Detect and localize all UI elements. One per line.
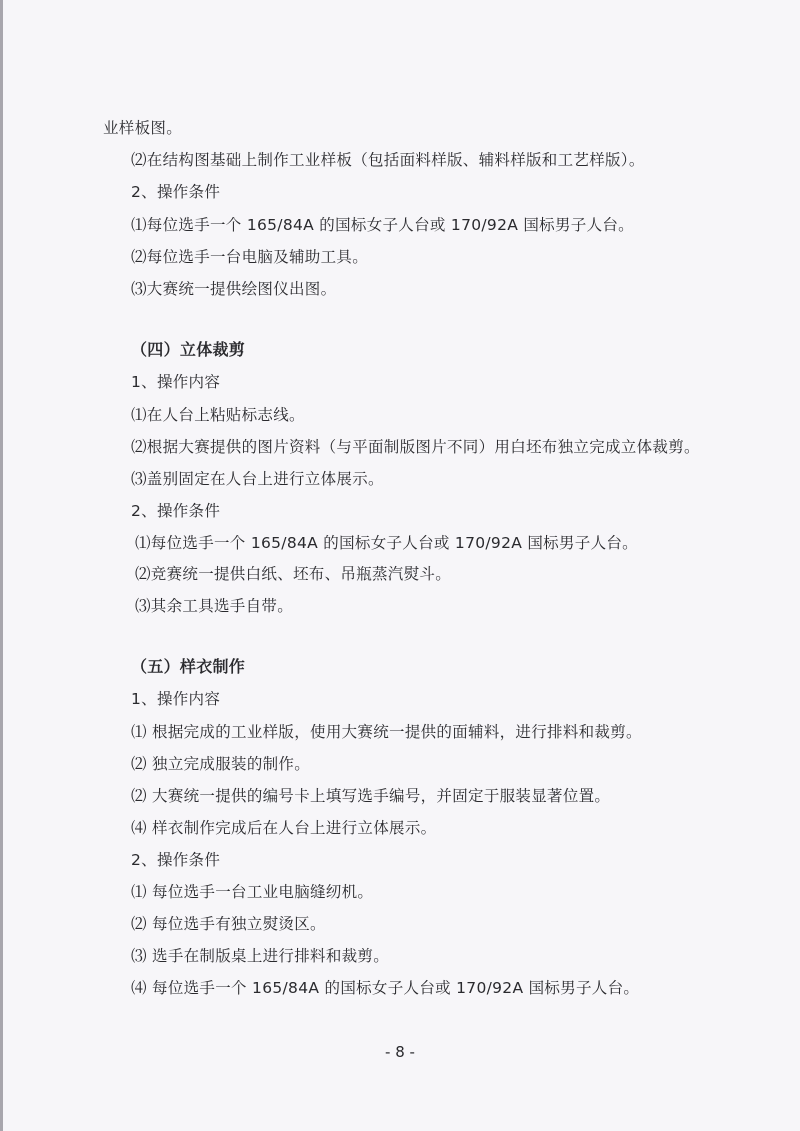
- section3-condition-1: ⑴每位选手一个 165/84A 的国标女子人台或 170/92A 国标男子人台。: [131, 215, 634, 235]
- section4-content-title: 1、操作内容: [131, 372, 220, 392]
- section4-conditions-title: 2、操作条件: [131, 501, 220, 521]
- section4-condition-1: ⑴每位选手一个 165/84A 的国标女子人台或 170/92A 国标男子人台。: [135, 533, 638, 553]
- page-number: - 8 -: [0, 1043, 800, 1061]
- section5-content-1: ⑴ 根据完成的工业样版，使用大赛统一提供的面辅料，进行排料和裁剪。: [131, 722, 642, 742]
- continuation-text: 业样板图。: [103, 118, 182, 138]
- section3-condition-2: ⑵每位选手一台电脑及辅助工具。: [131, 247, 368, 267]
- section5-content-4: ⑷ 样衣制作完成后在人台上进行立体展示。: [131, 818, 436, 838]
- section5-condition-1: ⑴ 每位选手一台工业电脑缝纫机。: [131, 882, 373, 902]
- section5-content-title: 1、操作内容: [131, 689, 220, 709]
- section5-content-2: ⑵ 独立完成服装的制作。: [131, 754, 310, 774]
- section4-content-1: ⑴在人台上粘贴标志线。: [131, 405, 305, 425]
- section5-condition-2: ⑵ 每位选手有独立熨烫区。: [131, 914, 326, 934]
- section4-content-3: ⑶盖别固定在人台上进行立体展示。: [131, 469, 384, 489]
- section4-title: （四）立体裁剪: [131, 340, 245, 360]
- section5-title: （五）样衣制作: [131, 657, 245, 677]
- section5-condition-4: ⑷ 每位选手一个 165/84A 的国标女子人台或 170/92A 国标男子人台…: [131, 978, 639, 998]
- section5-conditions-title: 2、操作条件: [131, 850, 220, 870]
- section4-condition-3: ⑶其余工具选手自带。: [135, 596, 293, 616]
- section3-conditions-title: 2、操作条件: [131, 182, 220, 202]
- section3-condition-3: ⑶大赛统一提供绘图仪出图。: [131, 279, 336, 299]
- section3-item-2: ⑵在结构图基础上制作工业样板（包括面料样版、辅料样版和工艺样版）。: [131, 150, 645, 170]
- section4-content-2: ⑵根据大赛提供的图片资料（与平面制版图片不同）用白坯布独立完成立体裁剪。: [131, 437, 700, 457]
- section5-content-3: ⑵ 大赛统一提供的编号卡上填写选手编号，并固定于服装显著位置。: [131, 786, 610, 806]
- section5-condition-3: ⑶ 选手在制版桌上进行排料和裁剪。: [131, 946, 389, 966]
- section4-condition-2: ⑵竞赛统一提供白纸、坯布、吊瓶蒸汽熨斗。: [135, 564, 451, 584]
- page-edge: [0, 0, 3, 1131]
